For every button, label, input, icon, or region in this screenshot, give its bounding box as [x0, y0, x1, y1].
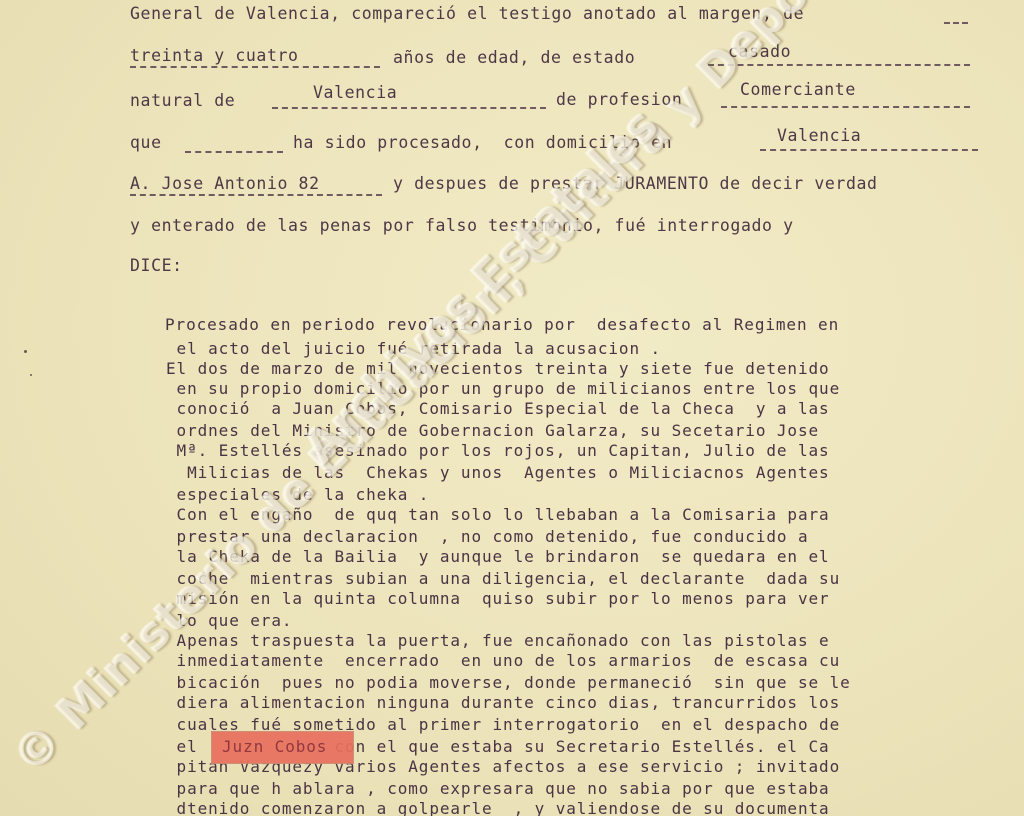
testimony-line: el acto del juicio fué retirada la acusa… [166, 338, 661, 359]
profession-field: Comerciante [740, 80, 856, 99]
testimony-line: inmediatamente encerrado en uno de los a… [166, 650, 840, 671]
profession-label: de profesion [556, 90, 682, 109]
testimony-line: ordnes del Ministro de Gobernacion Galar… [166, 420, 819, 441]
natural-label: natural de [130, 91, 235, 110]
marital-underline [708, 64, 970, 66]
testimony-line: dtenido comenzaron a golpearle , y valie… [166, 798, 830, 816]
testimony-line: coche mientras subian a una diligencia, … [166, 568, 840, 589]
underline-blank [944, 22, 968, 24]
marital-status-field: casado [728, 42, 791, 61]
address-underline [130, 194, 382, 196]
domicile-underline [760, 149, 978, 151]
testimony-line: conoció a Juan Cobos, Comisario Especial… [166, 398, 830, 419]
testimony-line: Mª. Estellés asesinado por los rojos, un… [166, 440, 830, 461]
oath-label: y despues de prestar JURAMENTO de decir … [393, 174, 878, 193]
name-highlight[interactable]: Juzn Cobos [211, 731, 354, 764]
testimony-line: Apenas traspuesta la puerta, fue encañon… [166, 630, 830, 651]
testimony-line: prestar una declaracion , no como deteni… [166, 526, 809, 547]
header-line-1: General de Valencia, compareció el testi… [130, 4, 804, 23]
testimony-line: para que h ablara , como expresara que n… [166, 778, 830, 799]
testimony-line: misión en la quinta columna quiso subir … [166, 588, 830, 609]
document-page: General de Valencia, compareció el testi… [0, 0, 1024, 816]
testimony-line: bicación pues no podia moverse, donde pe… [166, 672, 851, 693]
testimony-line: la Cheka de la Bailia y aunque le brinda… [166, 546, 830, 567]
testimony-line: Milicias de las Chekas y unos Agentes o … [166, 462, 830, 483]
domicile-city-field: Valencia [777, 126, 861, 145]
header-line-6: y enterado de las penas por falso testim… [130, 216, 794, 235]
age-label: años de edad, de estado [393, 48, 635, 67]
margin-mark [24, 350, 27, 353]
dice-heading: DICE: [130, 256, 183, 275]
que-underline [185, 151, 283, 153]
testimony-line: especiales de la cheka . [166, 484, 429, 505]
testimony-line: diera alimentacion ninguna durante cinco… [166, 692, 840, 713]
testimony-line: El dos de marzo de mil novecientos trein… [166, 358, 830, 379]
age-underline [130, 66, 380, 68]
testimony-line: lo que era. [166, 610, 292, 631]
age-field: treinta y cuatro [130, 46, 299, 65]
address-field: A. Jose Antonio 82 [130, 174, 320, 193]
testimony-line: en su propio domicilio por un grupo de m… [166, 378, 840, 399]
processed-label: ha sido procesado, con domicilio en [293, 133, 672, 152]
margin-mark [30, 374, 32, 376]
highlighted-name: Juzn Cobos [222, 737, 327, 756]
testimony-line: Procesado en periodo revolucionario por … [165, 314, 839, 335]
birthplace-field: Valencia [313, 83, 397, 102]
que-label: que [130, 133, 162, 152]
testimony-line: Con el engaño de quq tan solo lo llebaba… [166, 504, 830, 525]
birthplace-underline [272, 107, 546, 109]
profession-underline [721, 106, 970, 108]
